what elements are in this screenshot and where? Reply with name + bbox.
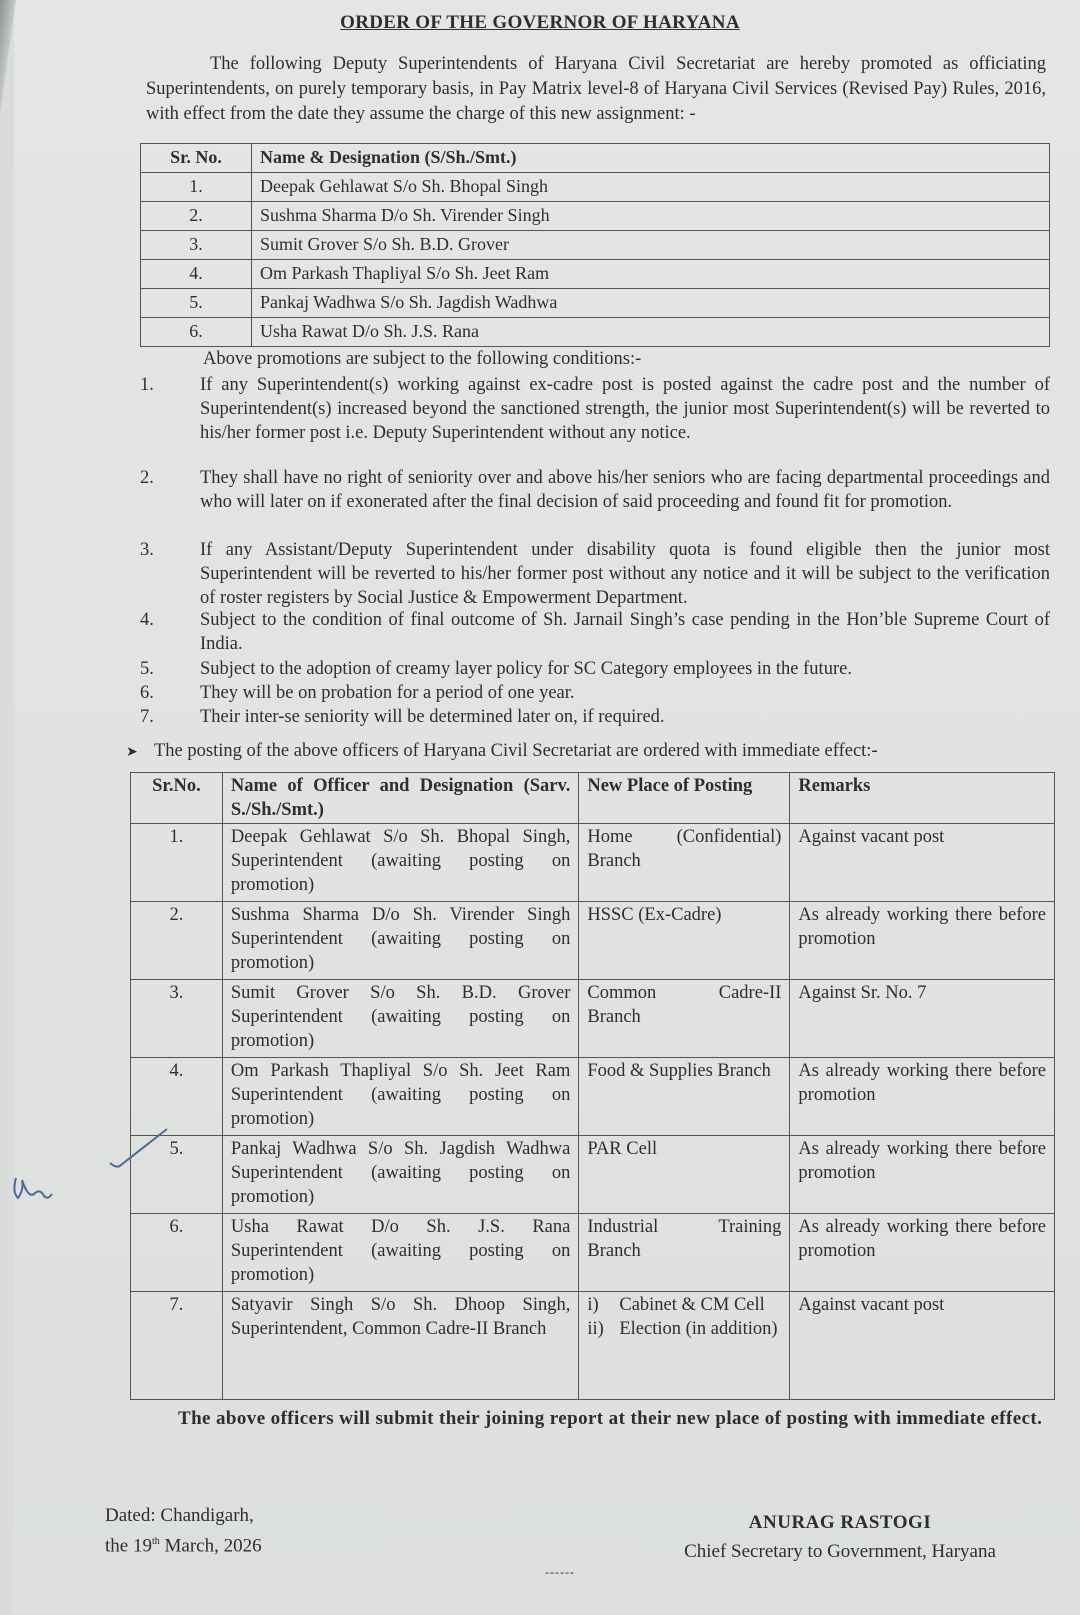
table-row: 6. Usha Rawat D/o Sh. J.S. Rana (141, 318, 1050, 347)
table-row: 6. Usha Rawat D/o Sh. J.S. Rana Superint… (131, 1214, 1055, 1292)
header-sr-no: Sr.No. (131, 773, 223, 824)
cell-sr-no: 3. (131, 980, 223, 1058)
condition-text: Subject to the condition of final outcom… (200, 608, 1050, 656)
cell-officer: Om Parkash Thapliyal S/o Sh. Jeet Ram Su… (222, 1058, 578, 1136)
table-row: 5. Pankaj Wadhwa S/o Sh. Jagdish Wadhwa (141, 289, 1050, 318)
cell-sr-no: 1. (141, 173, 252, 202)
header-sr-no: Sr. No. (141, 144, 252, 173)
cell-officer: Sumit Grover S/o Sh. B.D. Grover Superin… (222, 980, 578, 1058)
cell-sr-no: 2. (141, 202, 252, 231)
table-header-row: Sr.No. Name of Officer and Designation (… (131, 773, 1055, 824)
table-row: 3. Sumit Grover S/o Sh. B.D. Grover Supe… (131, 980, 1055, 1058)
posting-intro: ➤The posting of the above officers of Ha… (126, 741, 878, 762)
condition-item: 1. If any Superintendent(s) working agai… (140, 373, 1050, 445)
cell-posting: HSSC (Ex-Cadre) (579, 902, 790, 980)
cell-name: Om Parkash Thapliyal S/o Sh. Jeet Ram (252, 260, 1050, 289)
cell-sr-no: 7. (131, 1292, 223, 1400)
table-row: 5. Pankaj Wadhwa S/o Sh. Jagdish Wadhwa … (131, 1136, 1055, 1214)
condition-text: If any Assistant/Deputy Superintendent u… (200, 538, 1050, 610)
cell-posting: Industrial Training Branch (579, 1214, 790, 1292)
cell-remarks: Against vacant post (790, 824, 1055, 902)
intro-paragraph: The following Deputy Superintendents of … (146, 52, 1046, 127)
cell-officer: Pankaj Wadhwa S/o Sh. Jagdish Wadhwa Sup… (222, 1136, 578, 1214)
cell-officer: Deepak Gehlawat S/o Sh. Bhopal Singh, Su… (222, 824, 578, 902)
dated-block: Dated: Chandigarh, the 19th March, 2026 (105, 1503, 262, 1559)
table-row: 1. Deepak Gehlawat S/o Sh. Bhopal Singh,… (131, 824, 1055, 902)
conditions-heading: Above promotions are subject to the foll… (203, 349, 641, 370)
handwritten-initials-icon (8, 1170, 58, 1210)
check-mark-icon (105, 1125, 175, 1175)
cell-name: Sumit Grover S/o Sh. B.D. Grover (252, 231, 1050, 260)
table-row: 2. Sushma Sharma D/o Sh. Virender Singh … (131, 902, 1055, 980)
cell-posting: Common Cadre-II Branch (579, 980, 790, 1058)
cell-remarks: As already working there before promotio… (790, 1136, 1055, 1214)
table-header-row: Sr. No. Name & Designation (S/Sh./Smt.) (141, 144, 1050, 173)
condition-item: 4. Subject to the condition of final out… (140, 608, 1050, 656)
table-row: 4. Om Parkash Thapliyal S/o Sh. Jeet Ram (141, 260, 1050, 289)
end-marker: ------ (545, 1565, 575, 1580)
cell-remarks: Against Sr. No. 7 (790, 980, 1055, 1058)
cell-remarks: As already working there before promotio… (790, 1214, 1055, 1292)
document-title: ORDER OF THE GOVERNOR OF HARYANA (0, 12, 1080, 34)
condition-number: 6. (140, 681, 154, 705)
condition-number: 4. (140, 608, 154, 632)
condition-text: They shall have no right of seniority ov… (200, 466, 1050, 514)
condition-number: 5. (140, 657, 154, 681)
condition-number: 2. (140, 466, 154, 490)
posting-intro-text: The posting of the above officers of Har… (154, 741, 878, 761)
cell-sr-no: 6. (131, 1214, 223, 1292)
posting-sub-item: i)Cabinet & CM Cell (587, 1293, 781, 1317)
header-name: Name & Designation (S/Sh./Smt.) (252, 144, 1050, 173)
condition-number: 1. (140, 373, 154, 397)
cell-posting: Home (Confidential) Branch (579, 824, 790, 902)
header-officer: Name of Officer and Designation (Sarv. S… (222, 773, 578, 824)
cell-sr-no: 4. (141, 260, 252, 289)
cell-posting: i)Cabinet & CM Cellii)Election (in addit… (579, 1292, 790, 1400)
cell-sr-no: 5. (141, 289, 252, 318)
dated-date: the 19th March, 2026 (105, 1529, 262, 1559)
cell-name: Usha Rawat D/o Sh. J.S. Rana (252, 318, 1050, 347)
closing-paragraph: The above officers will submit their joi… (110, 1404, 1065, 1434)
cell-officer: Usha Rawat D/o Sh. J.S. Rana Superintend… (222, 1214, 578, 1292)
cell-posting: PAR Cell (579, 1136, 790, 1214)
posting-table: Sr.No. Name of Officer and Designation (… (130, 772, 1055, 1400)
condition-item: 2. They shall have no right of seniority… (140, 466, 1050, 514)
signatory-designation: Chief Secretary to Government, Haryana (640, 1537, 1040, 1566)
header-posting: New Place of Posting (579, 773, 790, 824)
condition-number: 7. (140, 705, 154, 729)
table-row: 3. Sumit Grover S/o Sh. B.D. Grover (141, 231, 1050, 260)
posting-sub-item: ii)Election (in addition) (587, 1317, 781, 1341)
arrow-bullet-icon: ➤ (126, 744, 154, 761)
condition-text: If any Superintendent(s) working against… (200, 373, 1050, 445)
condition-text: They will be on probation for a period o… (200, 681, 1050, 705)
signatory-name: ANURAG RASTOGI (640, 1508, 1040, 1537)
promotion-table: Sr. No. Name & Designation (S/Sh./Smt.) … (140, 143, 1050, 347)
condition-item: 3. If any Assistant/Deputy Superintenden… (140, 538, 1050, 610)
cell-officer: Sushma Sharma D/o Sh. Virender Singh Sup… (222, 902, 578, 980)
table-row: 7. Satyavir Singh S/o Sh. Dhoop Singh, S… (131, 1292, 1055, 1400)
cell-officer: Satyavir Singh S/o Sh. Dhoop Singh, Supe… (222, 1292, 578, 1400)
signature-block: ANURAG RASTOGI Chief Secretary to Govern… (640, 1508, 1040, 1566)
cell-sr-no: 4. (131, 1058, 223, 1136)
condition-number: 3. (140, 538, 154, 562)
condition-item: 6. They will be on probation for a perio… (140, 681, 1050, 705)
cell-remarks: As already working there before promotio… (790, 902, 1055, 980)
condition-item: 7. Their inter-se seniority will be dete… (140, 705, 1050, 729)
condition-item: 5. Subject to the adoption of creamy lay… (140, 657, 1050, 681)
cell-name: Deepak Gehlawat S/o Sh. Bhopal Singh (252, 173, 1050, 202)
cell-sr-no: 6. (141, 318, 252, 347)
condition-text: Subject to the adoption of creamy layer … (200, 657, 1050, 681)
cell-sr-no: 2. (131, 902, 223, 980)
cell-name: Pankaj Wadhwa S/o Sh. Jagdish Wadhwa (252, 289, 1050, 318)
table-row: 4. Om Parkash Thapliyal S/o Sh. Jeet Ram… (131, 1058, 1055, 1136)
cell-posting: Food & Supplies Branch (579, 1058, 790, 1136)
cell-sr-no: 1. (131, 824, 223, 902)
cell-remarks: Against vacant post (790, 1292, 1055, 1400)
cell-remarks: As already working there before promotio… (790, 1058, 1055, 1136)
dated-place: Dated: Chandigarh, (105, 1503, 262, 1529)
header-remarks: Remarks (790, 773, 1055, 824)
table-row: 2. Sushma Sharma D/o Sh. Virender Singh (141, 202, 1050, 231)
cell-name: Sushma Sharma D/o Sh. Virender Singh (252, 202, 1050, 231)
condition-text: Their inter-se seniority will be determi… (200, 705, 1050, 729)
table-row: 1. Deepak Gehlawat S/o Sh. Bhopal Singh (141, 173, 1050, 202)
cell-sr-no: 3. (141, 231, 252, 260)
